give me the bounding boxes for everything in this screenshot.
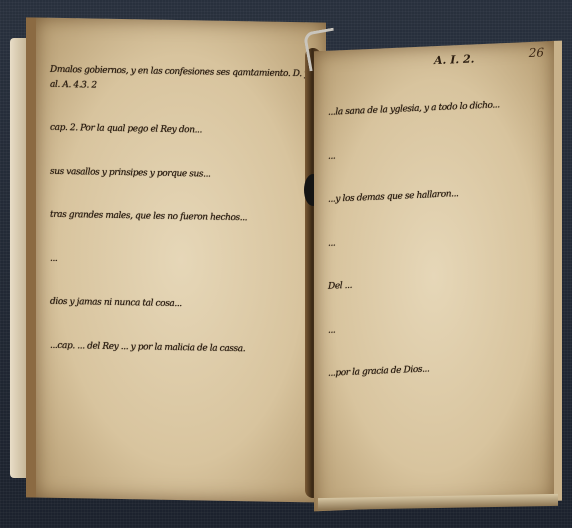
text-line: sus vasallos y prinsipes y porque sus... (50, 164, 316, 183)
text-line: ... (328, 227, 544, 251)
text-line: ...cap. ... del Rey ... y por la malicia… (50, 338, 316, 357)
text-line: ...la sana de la yglesia, y a todo lo di… (328, 96, 544, 120)
text-line: ...por la gracia de Dios... (328, 357, 544, 381)
text-line: Dmalos gobiernos, y en las confesiones s… (50, 63, 316, 97)
text-line: cap. 2. Por la qual pego el Rey don... (50, 121, 316, 140)
text-line: ... (328, 314, 544, 338)
text-line: tras grandes males, que les no fueron he… (50, 208, 316, 227)
folio-number: 26 (529, 45, 544, 60)
left-page-text: Dmalos gobiernos, y en las confesiones s… (50, 34, 316, 491)
left-page: Dmalos gobiernos, y en las confesiones s… (26, 17, 326, 502)
right-page: 26 A. I. 2. ...la sana de la yglesia, y … (314, 41, 562, 512)
text-line: ... (328, 140, 544, 164)
text-line: dios y jamas ni nunca tal cosa... (50, 295, 316, 314)
text-line: Del ... (328, 270, 544, 294)
manuscript-book: Dmalos gobiernos, y en las confesiones s… (8, 8, 563, 513)
text-line: ... (50, 251, 316, 270)
text-line: ...y los demas que se hallaron... (328, 183, 544, 207)
page-heading: A. I. 2. (434, 52, 474, 67)
right-page-text: ...la sana de la yglesia, y a todo lo di… (328, 67, 544, 498)
